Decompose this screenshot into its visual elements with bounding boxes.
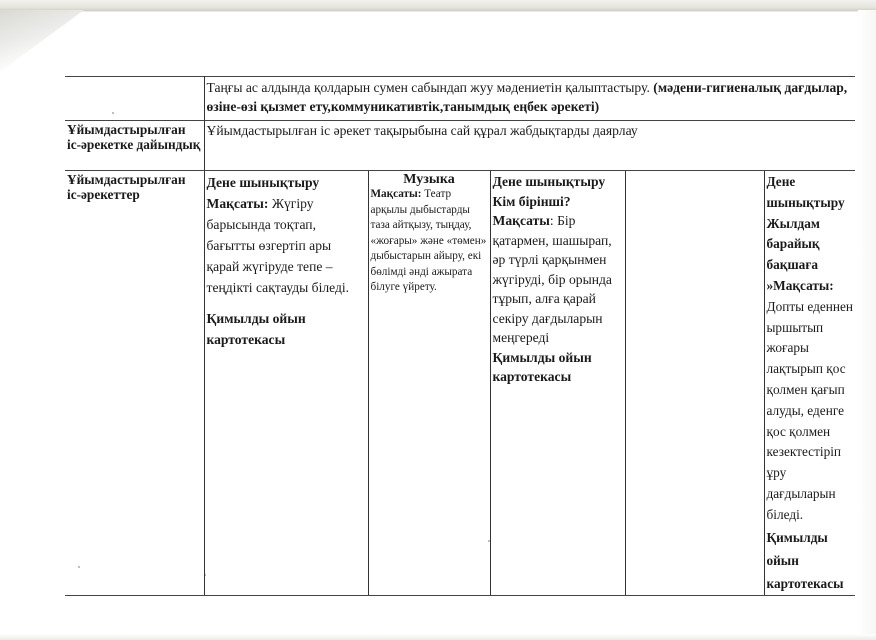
activity-5-goal-label: »Мақсаты: xyxy=(767,278,834,293)
activity-1-goal-label: Мақсаты: xyxy=(207,196,269,211)
row-goal-label xyxy=(65,77,204,121)
activity-cell-1: Дене шынықтыру Мақсаты: Жүгіру барысында… xyxy=(204,171,368,596)
activity-2-goal-label: Мақсаты: xyxy=(371,188,422,200)
activity-5-footer: Қимылды ойын картотекасы xyxy=(767,526,854,595)
activity-3-goal-text: : Бір қатармен, шашырап, әр түрлі қарқын… xyxy=(493,213,612,345)
row-goal-content: Таңғы ас алдында қолдарын сумен сабындап… xyxy=(204,77,855,121)
activity-2-goal-text: Театр арқылы дыбыстарды таза айтқызу, ты… xyxy=(371,188,487,293)
scan-bottom-edge xyxy=(0,634,876,640)
activity-cell-5: Дене шынықтыру Жылдам барайық бақшаға »М… xyxy=(764,171,855,596)
goal-text-plain: Таңғы ас алдында қолдарын сумен сабындап… xyxy=(207,80,654,95)
activity-3-title: Дене шынықтыру xyxy=(493,172,623,192)
scan-right-edge xyxy=(858,10,876,640)
activity-3-goal: Мақсаты: Бір қатармен, шашырап, әр түрлі… xyxy=(493,211,623,348)
activity-3-subtitle: Кім бірінші? xyxy=(493,192,623,212)
activity-5-title: Дене шынықтыру xyxy=(767,172,854,214)
activity-5-goal: »Мақсаты: Допты еденнен ыршытып жоғары л… xyxy=(767,276,854,526)
activity-2-title: Музыка xyxy=(371,172,488,187)
activity-cell-3: Дене шынықтыру Кім бірінші? Мақсаты: Бір… xyxy=(490,171,625,596)
table-row-preparation: Ұйымдастырылған іс-әрекетке дайындық Ұйы… xyxy=(65,121,855,171)
activity-1-title: Дене шынықтыру xyxy=(207,172,366,193)
activity-3-footer: Қимылды ойын картотекасы xyxy=(493,348,623,387)
activity-5-subtitle: Жылдам барайық бақшаға xyxy=(767,214,854,276)
table-row-goal: Таңғы ас алдында қолдарын сумен сабындап… xyxy=(65,77,855,121)
activity-1-footer: Қимылды ойын картотекасы xyxy=(207,308,366,350)
lesson-plan-table: Таңғы ас алдында қолдарын сумен сабындап… xyxy=(65,76,855,596)
activity-3-goal-label: Мақсаты xyxy=(493,213,550,228)
row-prep-content: Ұйымдастырылған іс әрекет тақырыбына сай… xyxy=(204,121,855,171)
table-row-activities: Ұйымдастырылған іс-әрекеттер Дене шынықт… xyxy=(65,171,855,596)
row-activities-label: Ұйымдастырылған іс-әрекеттер xyxy=(65,171,204,596)
activity-cell-4-empty xyxy=(625,171,764,596)
row-prep-label: Ұйымдастырылған іс-әрекетке дайындық xyxy=(65,121,204,171)
scan-top-edge xyxy=(0,0,876,12)
activity-1-goal: Мақсаты: Жүгіру барысында тоқтап, бағытт… xyxy=(207,193,366,298)
activity-cell-2: Музыка Мақсаты: Театр арқылы дыбыстарды … xyxy=(368,171,490,596)
activity-5-goal-text: Допты еденнен ыршытып жоғары лақтырып қо… xyxy=(767,299,854,522)
scan-folded-corner xyxy=(0,10,84,72)
activity-2-goal: Мақсаты: Театр арқылы дыбыстарды таза ай… xyxy=(371,187,488,296)
